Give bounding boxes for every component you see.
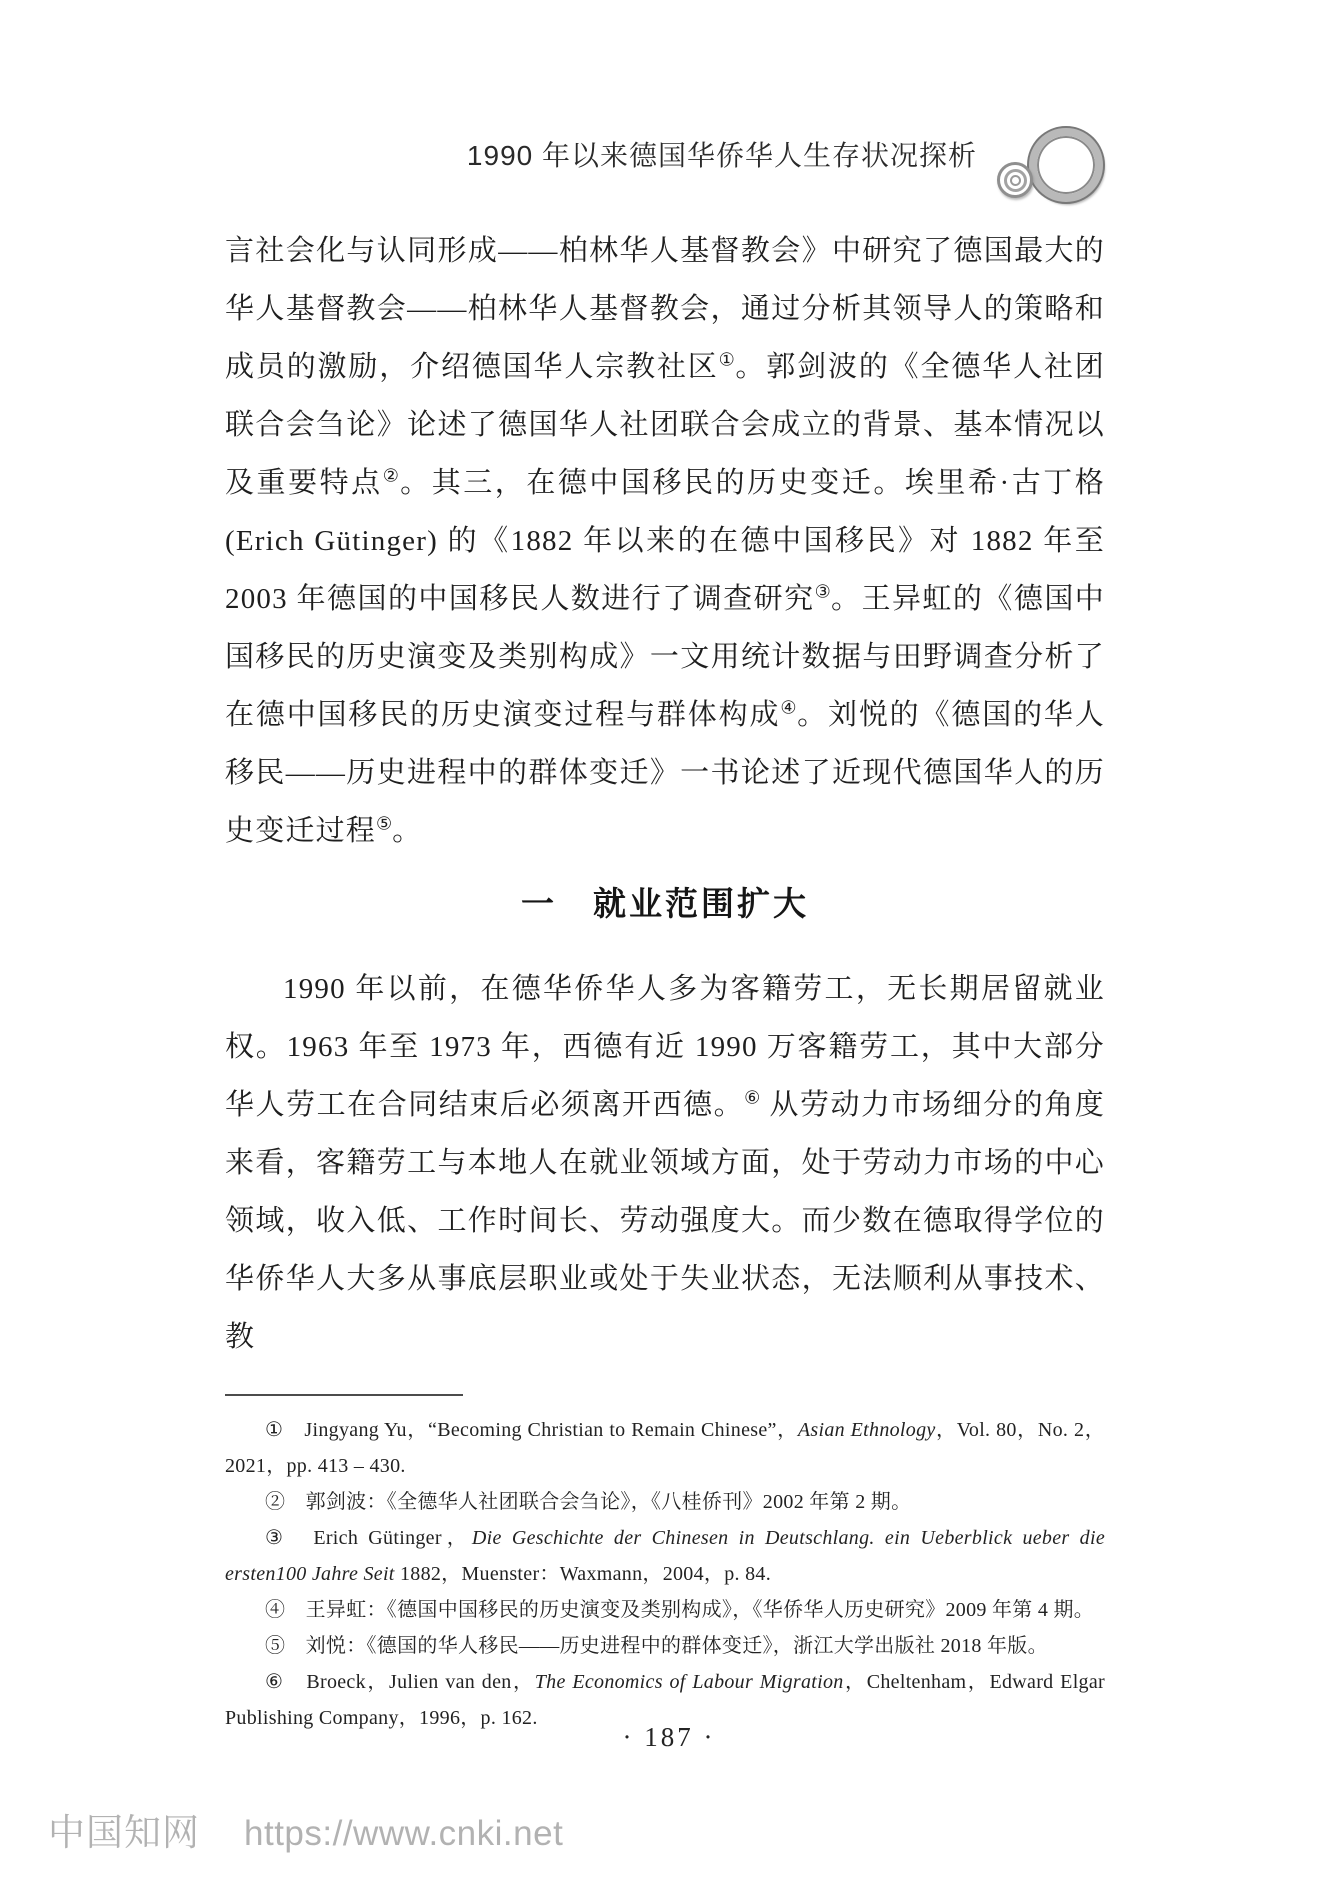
section-heading: 一 就业范围扩大 (225, 882, 1105, 926)
page-header: 1990 年以来德国华侨华人生存状况探析 (225, 96, 1105, 212)
footnote-item: ② 郭剑波：《全德华人社团联合会刍论》，《八桂侨刊》2002 年第 2 期。 (225, 1484, 1105, 1520)
cnki-site-url: https://www.cnki.net (244, 1814, 563, 1854)
footnote-item: ① Jingyang Yu，“Becoming Christian to Rem… (225, 1412, 1105, 1484)
small-ring-icon (997, 162, 1033, 198)
body-paragraph-1: 言社会化与认同形成——柏林华人基督教会》中研究了德国最大的华人基督教会——柏林华… (225, 222, 1105, 860)
scanned-book-page: 1990 年以来德国华侨华人生存状况探析 言社会化与认同形成——柏林华人基督教会… (0, 0, 1338, 1890)
footnote-item: ④ 王异虹：《德国中国移民的历史演变及类别构成》，《华侨华人历史研究》2009 … (225, 1592, 1105, 1628)
footnote-list: ① Jingyang Yu，“Becoming Christian to Rem… (225, 1412, 1105, 1736)
footnote-item: ③ Erich Gütinger，Die Geschichte der Chin… (225, 1520, 1105, 1592)
running-head-title: 1990 年以来德国华侨华人生存状况探析 (467, 134, 977, 174)
cnki-site-name: 中国知网 (48, 1802, 200, 1856)
body-paragraph-2: 1990 年以前，在德华侨华人多为客籍劳工，无长期居留就业权。1963 年至 1… (225, 960, 1105, 1366)
footnote-separator (225, 1394, 463, 1396)
page-number: · 187 · (0, 1722, 1338, 1753)
page-content: 言社会化与认同形成——柏林华人基督教会》中研究了德国最大的华人基督教会——柏林华… (225, 222, 1105, 1736)
cnki-watermark: 中国知网 https://www.cnki.net (48, 1802, 563, 1856)
rings-logo-icon (993, 96, 1105, 212)
footnote-item: ⑤ 刘悦：《德国的华人移民——历史进程中的群体变迁》，浙江大学出版社 2018 … (225, 1628, 1105, 1664)
large-ring-icon (1029, 128, 1103, 202)
